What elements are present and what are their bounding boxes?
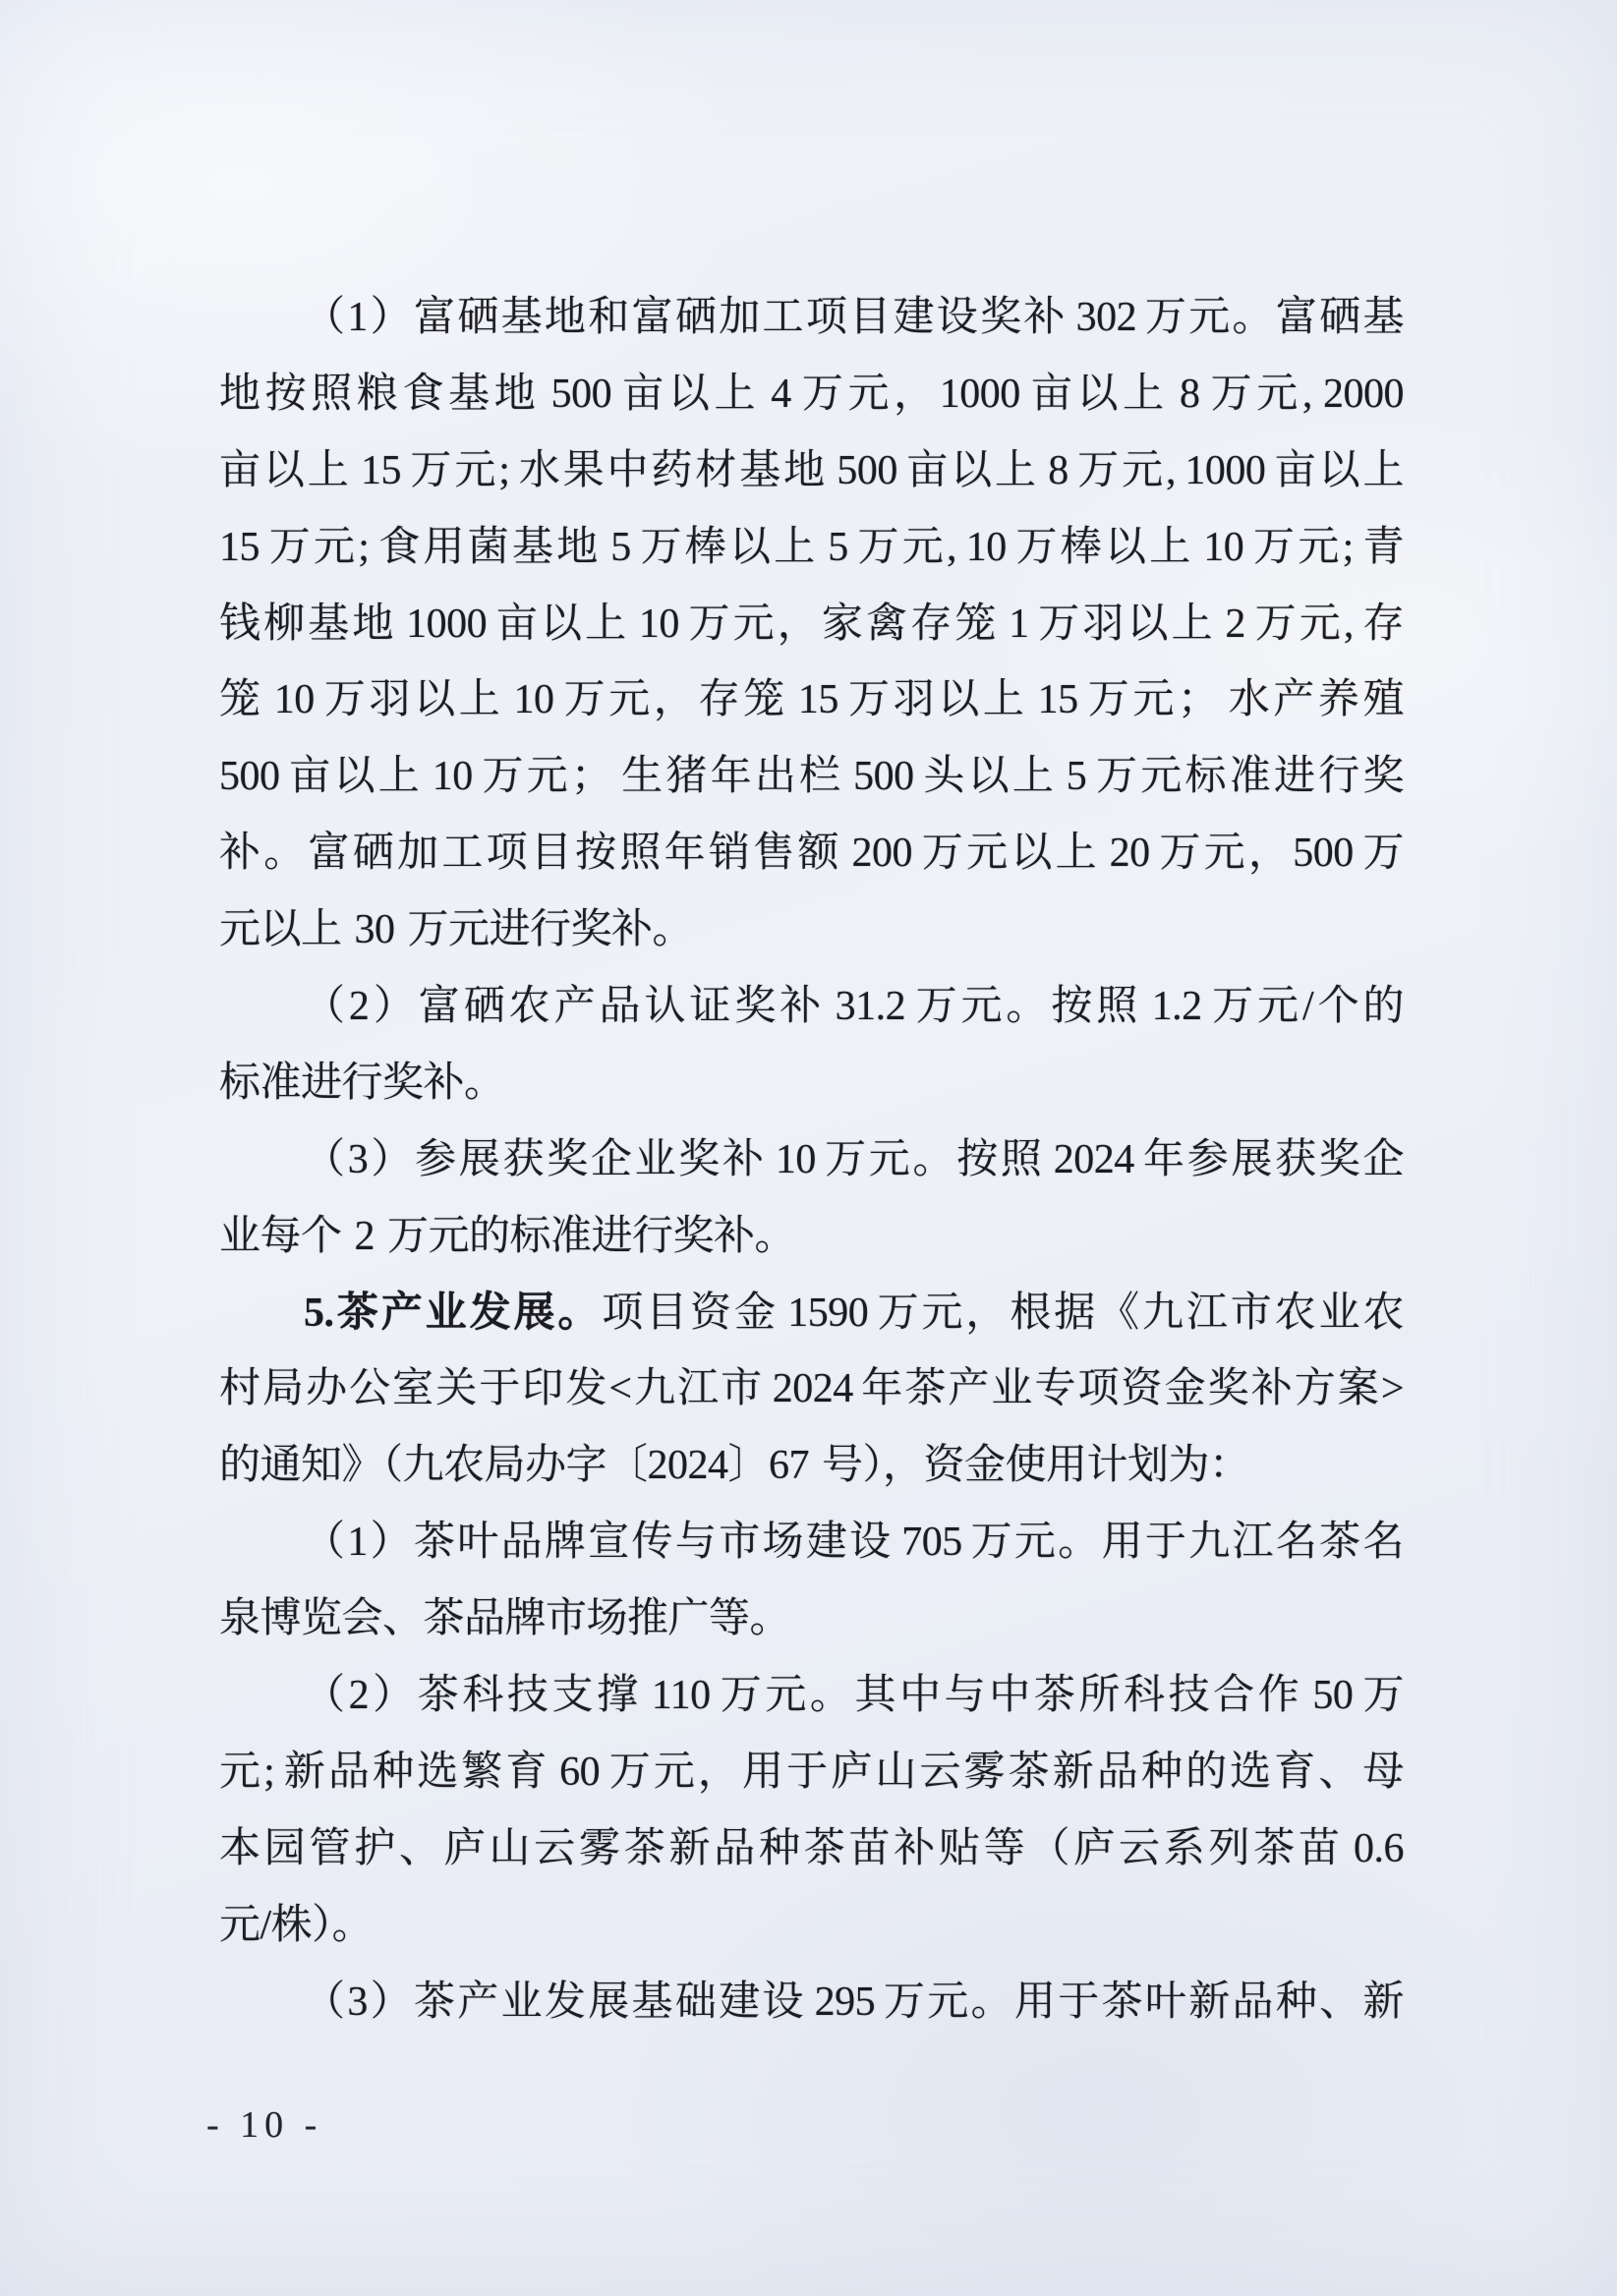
page-number: - 10 - [206, 2103, 322, 2149]
text-line: 钱柳基地 1000 亩以上 10 万元，家禽存笼 1 万羽以上 2 万元, 存 [219, 587, 1404, 663]
text-line: （1）茶叶品牌宣传与市场建设 705 万元。用于九江名茶名 [219, 1505, 1404, 1581]
document-body: （1）富硒基地和富硒加工项目建设奖补 302 万元。富硒基 地按照粮食基地 50… [219, 280, 1404, 2040]
text-line: 5.茶产业发展。项目资金 1590 万元，根据《九江市农业农 [219, 1276, 1404, 1352]
text-line: 元以上 30 万元进行奖补。 [219, 892, 1404, 969]
text-line: 的通知》（九农局办字〔2024〕67 号），资金使用计划为： [219, 1428, 1404, 1505]
text-line: 地按照粮食基地 500 亩以上 4 万元，1000 亩以上 8 万元, 2000 [219, 357, 1404, 433]
text-line: （2）富硒农产品认证奖补 31.2 万元。按照 1.2 万元/个的 [219, 969, 1404, 1046]
text-line: 标准进行奖补。 [219, 1046, 1404, 1122]
text-line: 补。富硒加工项目按照年销售额 200 万元以上 20 万元，500 万 [219, 816, 1404, 892]
text-line: 15 万元; 食用菌基地 5 万棒以上 5 万元, 10 万棒以上 10 万元;… [219, 510, 1404, 587]
document-page: （1）富硒基地和富硒加工项目建设奖补 302 万元。富硒基 地按照粮食基地 50… [0, 0, 1617, 2296]
text-line: 元; 新品种选繁育 60 万元，用于庐山云雾茶新品种的选育、母 [219, 1735, 1404, 1811]
text-line: 村局办公室关于印发<九江市 2024 年茶产业专项资金奖补方案> [219, 1351, 1404, 1428]
text-line: 本园管护、庐山云雾茶新品种茶苗补贴等（庐云系列茶苗 0.6 [219, 1811, 1404, 1888]
text-line: （1）富硒基地和富硒加工项目建设奖补 302 万元。富硒基 [219, 280, 1404, 357]
section-5-heading: 5.茶产业发展。 [304, 1291, 602, 1336]
text-line: 元/株）。 [219, 1888, 1404, 1965]
text-line: 业每个 2 万元的标准进行奖补。 [219, 1199, 1404, 1276]
text-line: （2）茶科技支撑 110 万元。其中与中茶所科技合作 50 万 [219, 1658, 1404, 1735]
text-line: 500 亩以上 10 万元； 生猪年出栏 500 头以上 5 万元标准进行奖 [219, 739, 1404, 816]
section-5-text: 项目资金 1590 万元，根据《九江市农业农 [602, 1291, 1404, 1336]
text-line: 笼 10 万羽以上 10 万元，存笼 15 万羽以上 15 万元； 水产养殖 [219, 662, 1404, 739]
text-line: （3）参展获奖企业奖补 10 万元。按照 2024 年参展获奖企 [219, 1122, 1404, 1199]
text-line: 泉博览会、茶品牌市场推广等。 [219, 1581, 1404, 1658]
text-line: 亩以上 15 万元; 水果中药材基地 500 亩以上 8 万元, 1000 亩以… [219, 433, 1404, 510]
text-line: （3）茶产业发展基础建设 295 万元。用于茶叶新品种、新 [219, 1965, 1404, 2041]
